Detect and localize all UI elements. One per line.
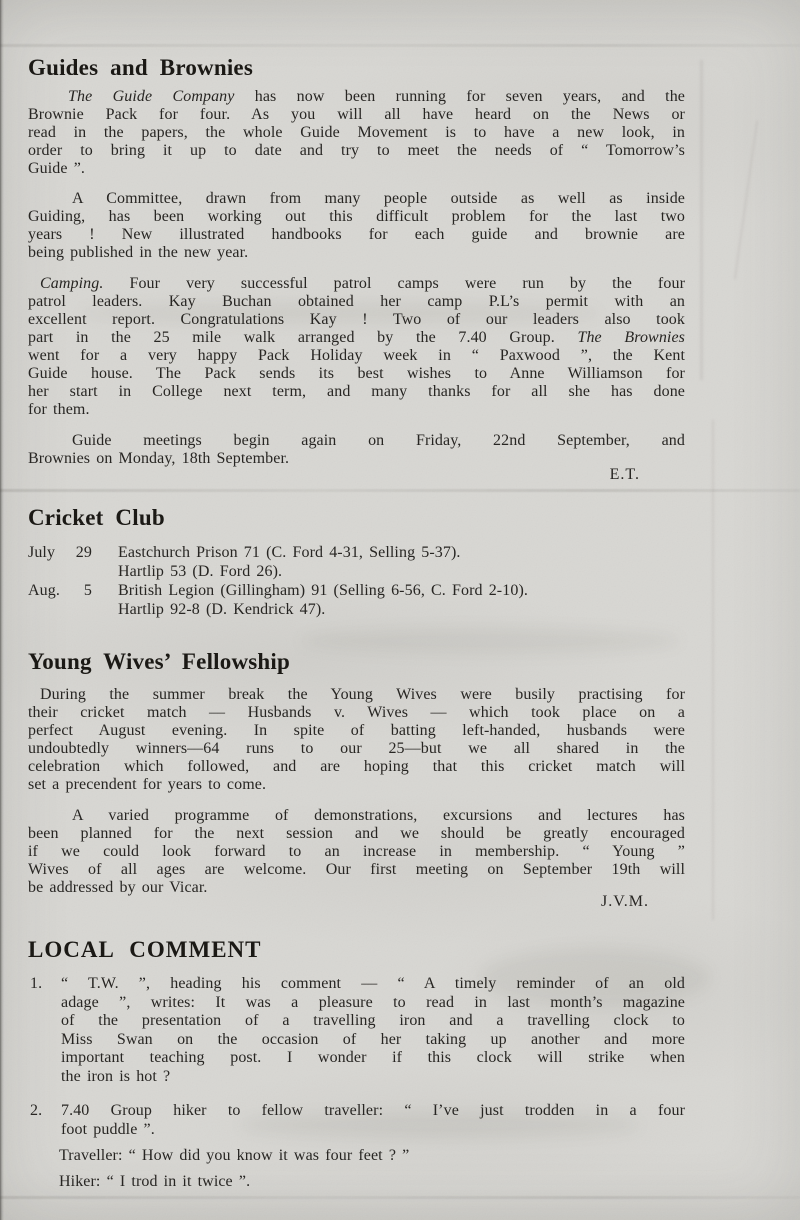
fixture-result-continued: Hartlip 92-8 (D. Kendrick 47). <box>118 600 685 619</box>
paragraph-line: for them. <box>28 401 685 419</box>
scan-edge-shadow <box>0 0 4 1220</box>
section-guides-and-brownies: Guides and Brownies The Guide Company ha… <box>28 0 685 484</box>
paragraph-line: being published in the new year. <box>28 244 685 262</box>
paper-crease <box>0 1196 800 1199</box>
dialog-line: Hiker: “ I trod in it twice ”. <box>28 1173 685 1191</box>
paragraph-line: excellent report. Congratulations Kay ! … <box>28 311 685 329</box>
scan-streak <box>712 420 714 920</box>
paragraph-line: been planned for the next session and we… <box>28 825 685 843</box>
paragraph-line: of the presentation of a travelling iron… <box>61 1012 685 1031</box>
paragraph-line: 7.40 Group hiker to fellow traveller: “ … <box>61 1102 685 1121</box>
numbered-item: 1. “ T.W. ”, heading his comment — “ A t… <box>28 975 685 1086</box>
dialog-line: Traveller: “ How did you know it was fou… <box>28 1147 685 1165</box>
paragraph: During the summer break the Young Wives … <box>28 686 685 794</box>
paragraph-line: read in the papers, the whole Guide Move… <box>28 124 685 142</box>
signature: E.T. <box>28 466 640 484</box>
paragraph-line: The Guide Company has now been running f… <box>28 88 685 106</box>
section-cricket-club: Cricket Club July 29 Eastchurch Prison 7… <box>28 506 685 619</box>
paragraph-line: undoubtedly winners—64 runs to our 25—bu… <box>28 740 685 758</box>
fixture-result-continued: Hartlip 53 (D. Ford 26). <box>118 562 685 581</box>
fixture-row: Aug. 5 British Legion (Gillingham) 91 (S… <box>28 581 685 600</box>
paragraph-line: the iron is hot ? <box>61 1068 685 1087</box>
paragraph-line: A varied programme of demonstrations, ex… <box>28 807 685 825</box>
italic-lead: Camping. <box>40 275 103 292</box>
italic-phrase: The Brownies <box>577 329 685 346</box>
paragraph-line: celebration which followed, and are hopi… <box>28 758 685 776</box>
item-number: 1. <box>28 975 61 1086</box>
section-heading: Guides and Brownies <box>28 56 685 80</box>
paragraph: A varied programme of demonstrations, ex… <box>28 807 685 897</box>
paragraph-line: Brownie Pack for four. As you will all h… <box>28 106 685 124</box>
paragraph-line: Guide ”. <box>28 160 685 178</box>
paragraph-line: A Committee, drawn from many people outs… <box>28 190 685 208</box>
scanned-magazine-page: Guides and Brownies The Guide Company ha… <box>0 0 800 1220</box>
paragraph: Guide meetings begin again on Friday, 22… <box>28 432 685 468</box>
paragraph-line: if we could look forward to an increase … <box>28 843 685 861</box>
section-local-comment: LOCAL COMMENT 1. “ T.W. ”, heading his c… <box>28 938 685 1191</box>
paragraph-line: Wives of all ages are welcome. Our first… <box>28 861 685 879</box>
line-text: has now been running for seven years, an… <box>234 88 685 105</box>
fixture-day: 5 <box>70 581 92 600</box>
item-text: “ T.W. ”, heading his comment — “ A time… <box>61 975 685 1086</box>
paragraph-line: order to bring it up to date and try to … <box>28 142 685 160</box>
section-heading: Young Wives’ Fellowship <box>28 650 685 674</box>
fixture-result: Eastchurch Prison 71 (C. Ford 4-31, Sell… <box>118 543 461 562</box>
paragraph-line: years ! New illustrated handbooks for ea… <box>28 226 685 244</box>
fixtures-list: July 29 Eastchurch Prison 71 (C. Ford 4-… <box>28 543 685 619</box>
page-content: Guides and Brownies The Guide Company ha… <box>28 0 685 1191</box>
item-text: 7.40 Group hiker to fellow traveller: “ … <box>61 1102 685 1139</box>
scan-streak <box>734 121 758 280</box>
paragraph-line: Guide house. The Pack sends its best wis… <box>28 365 685 383</box>
paragraph-line: went for a very happy Pack Holiday week … <box>28 347 685 365</box>
paragraph: A Committee, drawn from many people outs… <box>28 190 685 262</box>
paragraph-line: patrol leaders. Kay Buchan obtained her … <box>28 293 685 311</box>
section-heading: LOCAL COMMENT <box>28 938 685 962</box>
paragraph-line: her start in College next term, and many… <box>28 383 685 401</box>
scan-streak <box>700 60 703 380</box>
paragraph-line: important teaching post. I wonder if thi… <box>61 1049 685 1068</box>
fixture-month: Aug. <box>28 581 70 600</box>
paragraph-line: Miss Swan on the occasion of her taking … <box>61 1031 685 1050</box>
fixture-result: British Legion (Gillingham) 91 (Selling … <box>118 581 528 600</box>
numbered-item: 2. 7.40 Group hiker to fellow traveller:… <box>28 1102 685 1139</box>
section-young-wives-fellowship: Young Wives’ Fellowship During the summe… <box>28 650 685 911</box>
paragraph-line: foot puddle ”. <box>61 1121 685 1140</box>
paragraph-line: Guiding, has been working out this diffi… <box>28 208 685 226</box>
paragraph-line: their cricket match — Husbands v. Wives … <box>28 704 685 722</box>
line-text: part in the 25 mile walk arranged by the… <box>28 329 577 346</box>
fixture-month: July <box>28 543 70 562</box>
paragraph: Camping. Four very successful patrol cam… <box>28 275 685 419</box>
section-heading: Cricket Club <box>28 506 685 530</box>
paragraph: The Guide Company has now been running f… <box>28 88 685 178</box>
paragraph-line: Camping. Four very successful patrol cam… <box>28 275 685 293</box>
fixture-row: July 29 Eastchurch Prison 71 (C. Ford 4-… <box>28 543 685 562</box>
paragraph-line: “ T.W. ”, heading his comment — “ A time… <box>61 975 685 994</box>
paragraph-line: Guide meetings begin again on Friday, 22… <box>28 432 685 450</box>
paragraph-line: perfect August evening. In spite of batt… <box>28 722 685 740</box>
paragraph-line: adage ”, writes: It was a pleasure to re… <box>61 994 685 1013</box>
italic-lead: The Guide Company <box>68 88 234 105</box>
paragraph-line: During the summer break the Young Wives … <box>28 686 685 704</box>
line-text: Four very successful patrol camps were r… <box>103 275 685 292</box>
item-number: 2. <box>28 1102 61 1139</box>
paragraph-line: part in the 25 mile walk arranged by the… <box>28 329 685 347</box>
fixture-day: 29 <box>70 543 92 562</box>
paragraph-line: set a precendent for years to come. <box>28 776 685 794</box>
